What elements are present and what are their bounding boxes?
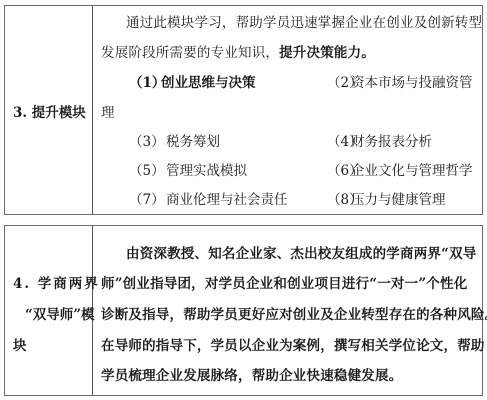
course-item-1: 创业思维与决策 — [161, 75, 256, 91]
course-item-3: 税务筹划 — [166, 134, 220, 150]
course-item-7-number: （7） — [129, 192, 165, 208]
course-item-7: 商业伦理与社会责任 — [166, 192, 288, 208]
module-label-line-2: “双导师”模 — [25, 307, 95, 323]
description-line-4: 在导师的指导下，学员以企业为案例，撰写相关学位论文，帮助 — [101, 338, 485, 354]
course-item-8: 压力与健康管理 — [351, 192, 446, 208]
intro-line-2-highlight: 提升决策能力。 — [279, 45, 375, 61]
course-item-6: 企业文化与管理哲学 — [351, 163, 473, 179]
intro-line-1: 通过此模块学习，帮助学员迅速掌握企业在创业及创新转型 — [126, 15, 482, 31]
course-item-5: 管理实战模拟 — [166, 163, 247, 179]
course-item-1-number: （1） — [129, 75, 165, 91]
module-label-line-1: 4. 学商两界 — [13, 276, 100, 292]
intro-line-2-text: 发展阶段所需要的专业知识， — [101, 45, 279, 61]
course-item-3-number: （3） — [129, 134, 165, 150]
description-line-1: 由资深教授、知名企业家、杰出校友组成的学商两界“双导 — [126, 246, 476, 262]
course-item-2: 资本市场与投融资管 — [351, 75, 473, 91]
module-table-dual-mentor: 4. 学商两界 “双导师”模 块 由资深教授、知名企业家、杰出校友组成的学商两界… — [4, 225, 483, 396]
intro-line-2: 发展阶段所需要的专业知识，提升决策能力。 — [101, 45, 375, 61]
description-line-5: 学员梳理企业发展脉络，帮助企业快速稳健发展。 — [101, 368, 402, 384]
module-label: 3. 提升模块 — [13, 105, 86, 121]
description-line-2: 师”创业指导团，对学员企业和创业项目进行“一对一”个性化 — [101, 276, 467, 292]
column-divider — [92, 6, 93, 214]
wrapped-char: 理 — [101, 105, 115, 121]
course-item-4: 财务报表分析 — [351, 134, 432, 150]
module-label-line-3: 块 — [13, 338, 27, 354]
course-item-5-number: （5） — [129, 163, 165, 179]
description-line-3: 诊断及指导，帮助学员更好应对创业及企业转型存在的各种风险。 — [101, 307, 487, 323]
module-table-upgrade: 3. 提升模块 通过此模块学习，帮助学员迅速掌握企业在创业及创新转型 发展阶段所… — [4, 5, 483, 215]
